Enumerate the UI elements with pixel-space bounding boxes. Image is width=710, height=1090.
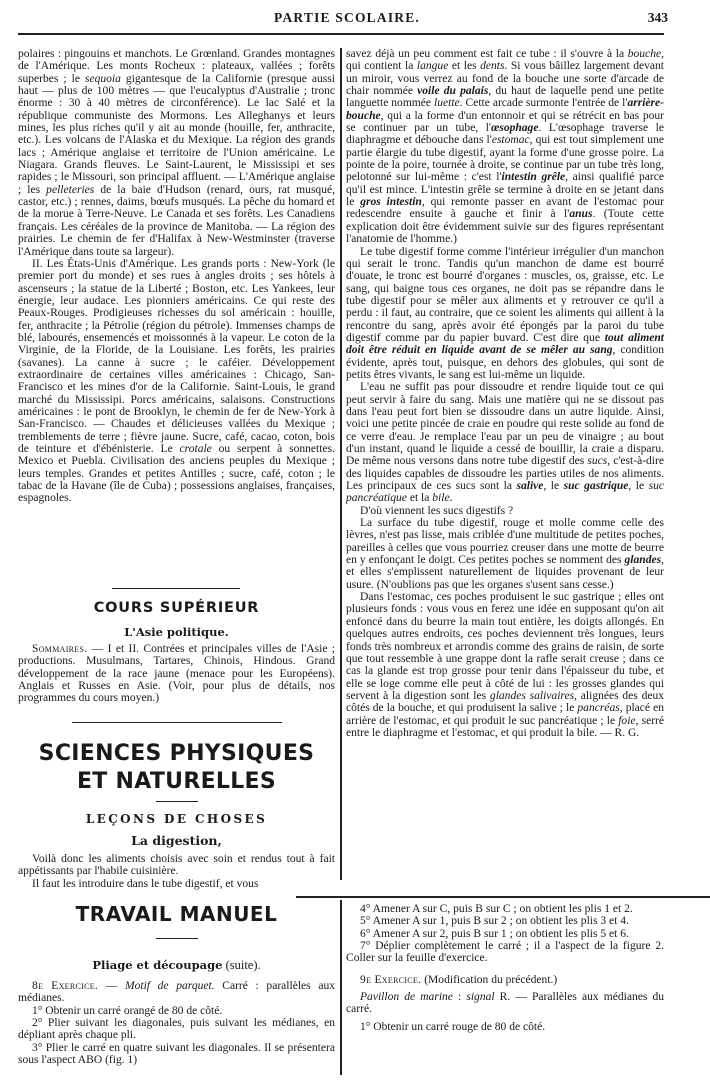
- digestion-paragraph-1: savez déjà un peu comment est fait ce tu…: [346, 48, 664, 246]
- pliage-continued: 4° Amener A sur C, puis B sur C ; on obt…: [346, 903, 664, 1033]
- pliage-subheading: Pliage et découpage (suite).: [18, 958, 335, 973]
- asie-politique-subheading: L'Asie politique.: [18, 625, 335, 639]
- digestion-paragraph-2: Le tube digestif forme comme l'intérieur…: [346, 246, 664, 382]
- step-5: 5° Amener A sur 1, puis B sur 2 ; on obt…: [346, 915, 664, 927]
- geography-paragraph-2: II. Les États-Unis d'Amérique. Les grand…: [18, 258, 335, 505]
- exercice-8: 8e Exercice. — Motif de parquet. Carré :…: [18, 980, 335, 1066]
- section-divider: [72, 722, 282, 723]
- digestion-paragraph-3: L'eau ne suffit pas pour dissoudre et re…: [346, 381, 664, 504]
- step-6: 6° Amener A sur 2, puis B sur 1 ; on obt…: [346, 928, 664, 940]
- geography-paragraph-1: polaires : pingouins et manchots. Le Grœ…: [18, 48, 335, 258]
- short-divider: [156, 938, 198, 939]
- pavillon-de-marine: Pavillon de marine : signal R. — Parallè…: [346, 991, 664, 1016]
- running-title: PARTIE SCOLAIRE.: [274, 10, 420, 26]
- column-divider: [340, 900, 342, 1075]
- geography-text: polaires : pingouins et manchots. Le Grœ…: [18, 48, 335, 505]
- step-1-rouge: 1° Obtenir un carré rouge de 80 de côté.: [346, 1021, 664, 1033]
- sciences-heading: SCIENCES PHYSIQUES ET NATURELLES: [18, 740, 335, 796]
- section-divider: [112, 588, 240, 589]
- digestion-intro: Voilà donc les aliments choisis avec soi…: [18, 853, 335, 890]
- page-number: 343: [648, 10, 668, 26]
- travail-manuel-heading: TRAVAIL MANUEL: [18, 902, 335, 926]
- column-divider: [340, 48, 342, 880]
- digestion-question: D'où viennent les sucs digestifs ?: [346, 505, 664, 517]
- running-head: PARTIE SCOLAIRE. 343: [18, 6, 668, 28]
- column-break-rule: [296, 896, 710, 898]
- cours-superieur-heading: COURS SUPÉRIEUR: [18, 600, 335, 616]
- digestion-subheading: La digestion,: [18, 833, 335, 848]
- sommaires-label: Sommaires.: [32, 643, 87, 655]
- exercice-8-label: 8e Exercice.: [32, 980, 98, 992]
- exercice-9: 9e Exercice. (Modification du précédent.…: [346, 974, 664, 986]
- digestion-paragraph-6: Dans l'estomac, ces poches produisent le…: [346, 591, 664, 739]
- digestion-paragraph-5: La surface du tube digestif, rouge et mo…: [346, 517, 664, 591]
- step-2: 2° Plier suivant les diagonales, puis su…: [18, 1017, 335, 1042]
- sommaires-paragraph: Sommaires. — I et II. Contrées et princi…: [18, 643, 335, 705]
- step-4: 4° Amener A sur C, puis B sur C ; on obt…: [346, 903, 664, 915]
- page: PARTIE SCOLAIRE. 343 polaires : pingouin…: [0, 0, 710, 1090]
- step-3: 3° Plier le carré en quatre suivant les …: [18, 1042, 335, 1067]
- short-divider: [156, 801, 198, 802]
- lecons-de-choses-heading: LEÇONS DE CHOSES: [18, 812, 335, 826]
- header-rule: [18, 33, 664, 35]
- step-7: 7° Déplier complètement le carré ; il a …: [346, 940, 664, 965]
- digestion-text: savez déjà un peu comment est fait ce tu…: [346, 48, 664, 739]
- step-1: 1° Obtenir un carré orangé de 80 de côté…: [18, 1005, 335, 1017]
